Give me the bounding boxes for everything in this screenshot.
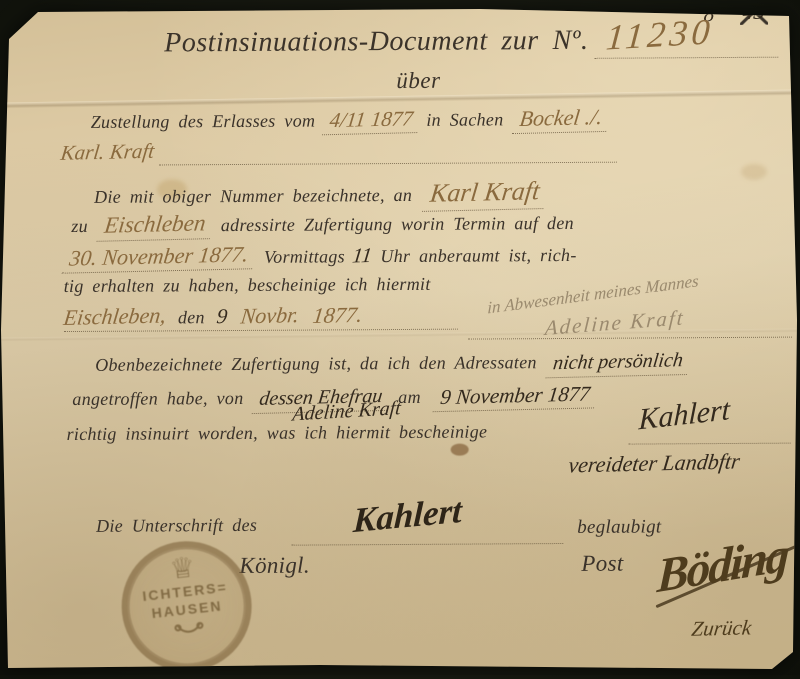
term-hour: 11 xyxy=(352,243,374,268)
subject-printed-infix: in Sachen xyxy=(426,109,503,129)
case-party-defendant: Karl. Kraft xyxy=(59,139,155,165)
case-party-plaintiff: Bockel ./. xyxy=(512,104,610,135)
certified-name: Kahlert xyxy=(352,491,463,542)
delivery-line2-printed: angetroffen habe, von xyxy=(72,388,243,409)
paper-stain xyxy=(741,164,767,180)
carrier-signature-line xyxy=(629,442,791,445)
carrier-signature: Kahlert xyxy=(638,393,730,438)
delivery-line1-printed: Obenbezeichnete Zufertigung ist, da ich … xyxy=(95,352,537,375)
recipient-name: Karl Kraft xyxy=(422,176,547,212)
photo-backdrop: 8 43 Postinsinuations-Document zur Nº. 1… xyxy=(0,0,800,675)
carrier-title: vereideter Landbftr xyxy=(567,448,741,477)
receipt-line2-zu: zu xyxy=(71,216,88,236)
document-title: Postinsinuations-Document zur xyxy=(164,25,539,58)
zurueck-note: Zurück xyxy=(690,615,752,641)
decree-date: 4/11 1877 xyxy=(322,106,420,135)
term-date: 30. November 1877. xyxy=(62,241,256,274)
crossed-out-amount: 43 xyxy=(740,0,768,25)
receipt-line3-printed-a: Vormittags xyxy=(264,246,345,266)
receipt-line4-printed: tig erhalten zu haben, bescheinige ich h… xyxy=(64,274,431,296)
party-fill-line xyxy=(159,161,617,166)
subject-printed-prefix: Zustellung des Erlasses vom xyxy=(91,111,316,132)
posthorn-icon xyxy=(173,619,205,638)
postmark-stamp: ♕ ICHTERS= HAUSEN xyxy=(115,535,259,675)
signature-fill-line xyxy=(468,336,792,340)
delivery-line3-printed: richtig insinuirt worden, was ich hiermi… xyxy=(67,421,488,444)
dateline-day: 9 xyxy=(215,304,228,328)
document-sheet: 8 43 Postinsinuations-Document zur Nº. 1… xyxy=(0,0,800,675)
receipt-line1-printed: Die mit obiger Nummer bezeichnete, an xyxy=(94,185,412,207)
number-fill-line xyxy=(594,56,778,59)
recipient-place: Eischleben xyxy=(96,210,213,242)
certification-fill-line xyxy=(291,542,563,546)
post-label: Post xyxy=(581,551,623,576)
receipt-line2-printed: adressirte Zufertigung worin Termin auf … xyxy=(221,213,574,235)
official-signature: Böding xyxy=(656,527,789,605)
certification-suffix: beglaubigt xyxy=(577,516,661,538)
koenigl-label: Königl. xyxy=(239,553,310,578)
document-number: 11230 xyxy=(604,11,715,59)
number-label: Nº. xyxy=(552,25,588,56)
ink-blot xyxy=(451,444,469,456)
dateline-year: 1877. xyxy=(312,302,365,328)
dateline-month: Novbr. xyxy=(240,302,301,329)
certification-prefix: Die Unterschrift des xyxy=(96,515,257,536)
dateline-den: den xyxy=(178,307,205,327)
delivery-line1-hand: nicht persönlich xyxy=(545,349,690,378)
delivery-date: 9 November 1877 xyxy=(433,381,598,412)
recipient-wife-signature: Adeline Kraft xyxy=(544,305,685,340)
dateline-place: Eischleben, xyxy=(62,303,167,331)
receipt-line3-printed-b: Uhr anberaumt ist, rich- xyxy=(380,245,576,266)
subtitle-ueber: über xyxy=(396,68,440,93)
